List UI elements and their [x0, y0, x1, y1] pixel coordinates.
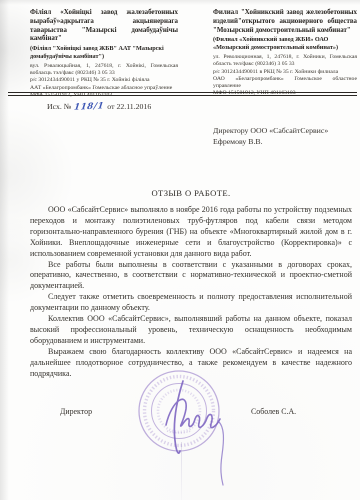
org-name-russian: Филиал "Хойникский завод железобетонных … [213, 9, 357, 35]
signer-position: Директор [60, 407, 92, 416]
org-short-name-russian: (Филиал «Хойникский завод ЖБИ» ОАО «Мозы… [213, 36, 357, 52]
signer-name: Соболев С.А. [251, 407, 296, 416]
body-paragraph: Следует также отметить своевременность и… [30, 292, 352, 314]
org-address-belarusian: вул. Рэвалюцыйная, 1, 247618, г. Хойнікі… [30, 63, 178, 78]
scan-edge-artifact-left [0, 0, 9, 500]
ref-date: от 22.11.2016 [107, 102, 151, 111]
addressee-block: Директору ООО «СабсайтСервис» Ефремову В… [213, 125, 328, 147]
org-account-russian: р/с 3012434490011 в РКЦ № 35 г. Хойники … [213, 69, 357, 76]
addressee-line1: Директору ООО «СабсайтСервис» [213, 125, 328, 136]
round-seal-stamp [136, 369, 222, 493]
letterhead-right-russian: Филиал "Хойникский завод железобетонных … [213, 9, 357, 99]
letter-body: ООО «СабсайтСервис» выполняло в ноябре 2… [30, 205, 352, 380]
org-bank-russian: ОАО «Белагропромбанк» Гомельское областн… [213, 76, 357, 91]
document-title: ОТЗЫВ О РАБОТЕ. [30, 188, 352, 198]
letterhead: Філіял «Хойніцкі завод жалезабетонных вы… [30, 9, 357, 99]
outgoing-reference-line: Исх. №118/1от 22.11.2016 [47, 102, 151, 112]
scanned-letter-page: Філіял «Хойніцкі завод жалезабетонных вы… [0, 0, 360, 500]
paper-crease-artifact [181, 442, 182, 500]
letterhead-left-belarusian: Філіял «Хойніцкі завод жалезабетонных вы… [30, 9, 178, 99]
org-short-name-belarusian: (Філіял "Хойніцкі завод ЖБВ" ААТ "Мазырс… [30, 45, 178, 61]
org-name-belarusian: Філіял «Хойніцкі завод жалезабетонных вы… [30, 9, 178, 44]
org-address-russian: ул. Революционная, 1, 247618, г. Хойники… [213, 54, 357, 69]
org-account-belarusian: р/с 3012434490011 у РКЦ № 35 г. Хойнікі … [30, 77, 178, 84]
body-paragraph: ООО «СабсайтСервис» выполняло в ноябре 2… [30, 205, 352, 260]
ref-label: Исх. № [47, 102, 71, 111]
body-paragraph: Коллектив ООО «СабсайтСервис», выполнявш… [30, 314, 352, 347]
seal-rings [139, 371, 219, 451]
scan-edge-artifact-top [0, 0, 360, 5]
addressee-line2: Ефремову В.В. [213, 136, 328, 147]
double-rule-divider [8, 92, 357, 96]
ref-number-handwritten: 118/1 [74, 101, 105, 113]
body-paragraph: Все работы были выполнены в соответствии… [30, 260, 352, 293]
org-bank-belarusian: ААТ «Белагропромбанк» Гомельскае абласно… [30, 85, 178, 92]
